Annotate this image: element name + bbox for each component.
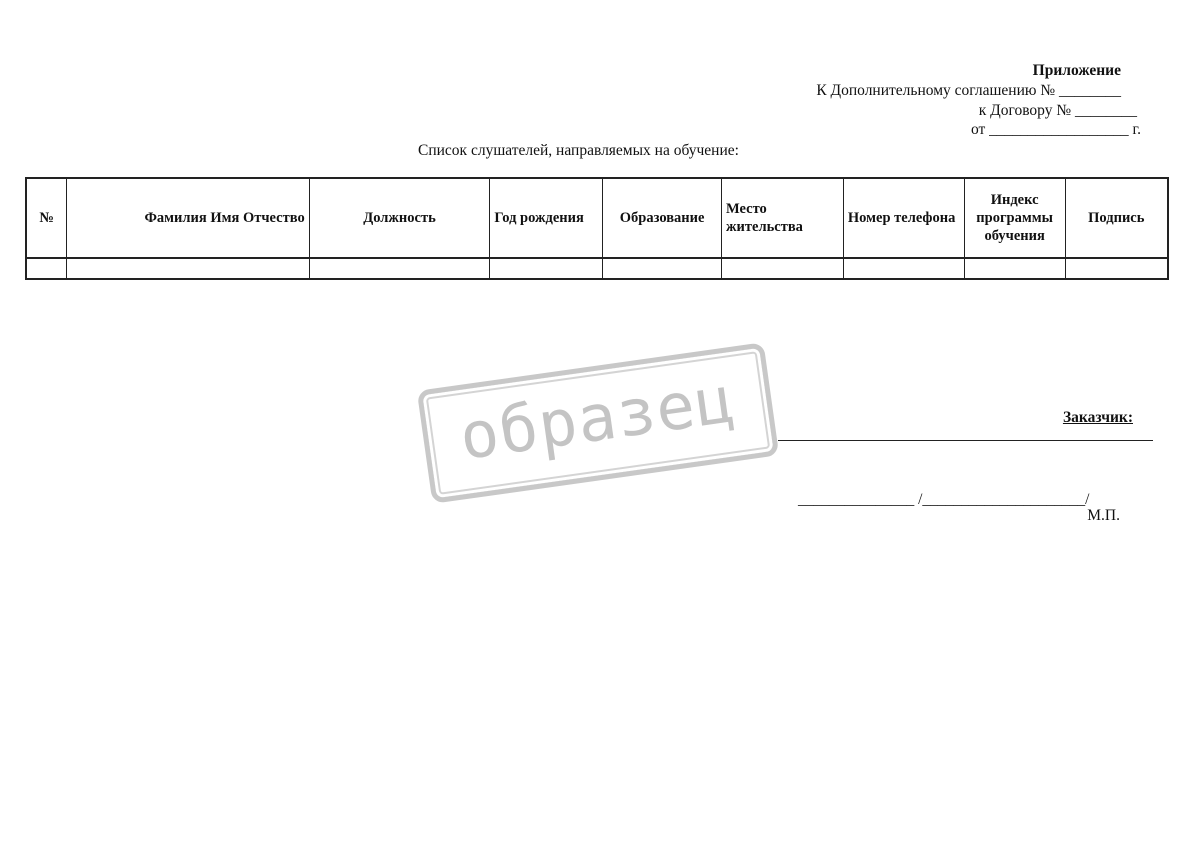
table-cell[interactable]: [309, 258, 490, 279]
column-header: Подпись: [1065, 178, 1168, 258]
signature-line: _______________ /_____________________/: [798, 491, 1090, 509]
table-cell[interactable]: [26, 258, 67, 279]
date-line: от __________________ г.: [971, 121, 1141, 139]
customer-label: Заказчик:: [1063, 409, 1133, 427]
sample-stamp: образец: [417, 342, 779, 504]
additional-agreement-reference: К Дополнительному соглашению № ________: [816, 82, 1121, 100]
list-title: Список слушателей, направляемых на обуче…: [418, 142, 739, 160]
column-header: №: [26, 178, 67, 258]
column-header: Должность: [309, 178, 490, 258]
table-cell[interactable]: [964, 258, 1065, 279]
appendix-title: Приложение: [1033, 62, 1121, 80]
column-header: Индекс программы обучения: [964, 178, 1065, 258]
column-header: Номер телефона: [843, 178, 964, 258]
students-table: №Фамилия Имя ОтчествоДолжностьГод рожден…: [25, 177, 1169, 280]
seal-label: М.П.: [1087, 507, 1120, 525]
table-cell[interactable]: [1065, 258, 1168, 279]
column-header: Фамилия Имя Отчество: [67, 178, 309, 258]
table-cell[interactable]: [67, 258, 309, 279]
table-cell[interactable]: [722, 258, 844, 279]
column-header: Место жительства: [722, 178, 844, 258]
contract-reference: к Договору № ________: [979, 102, 1137, 120]
column-header: Образование: [603, 178, 722, 258]
table-body: [26, 258, 1168, 279]
table-cell[interactable]: [490, 258, 603, 279]
table-cell[interactable]: [603, 258, 722, 279]
customer-name-line: [778, 440, 1153, 441]
stamp-text: образец: [424, 356, 772, 483]
table-cell[interactable]: [843, 258, 964, 279]
table-header-row: №Фамилия Имя ОтчествоДолжностьГод рожден…: [26, 178, 1168, 258]
column-header: Год рождения: [490, 178, 603, 258]
table-row: [26, 258, 1168, 279]
